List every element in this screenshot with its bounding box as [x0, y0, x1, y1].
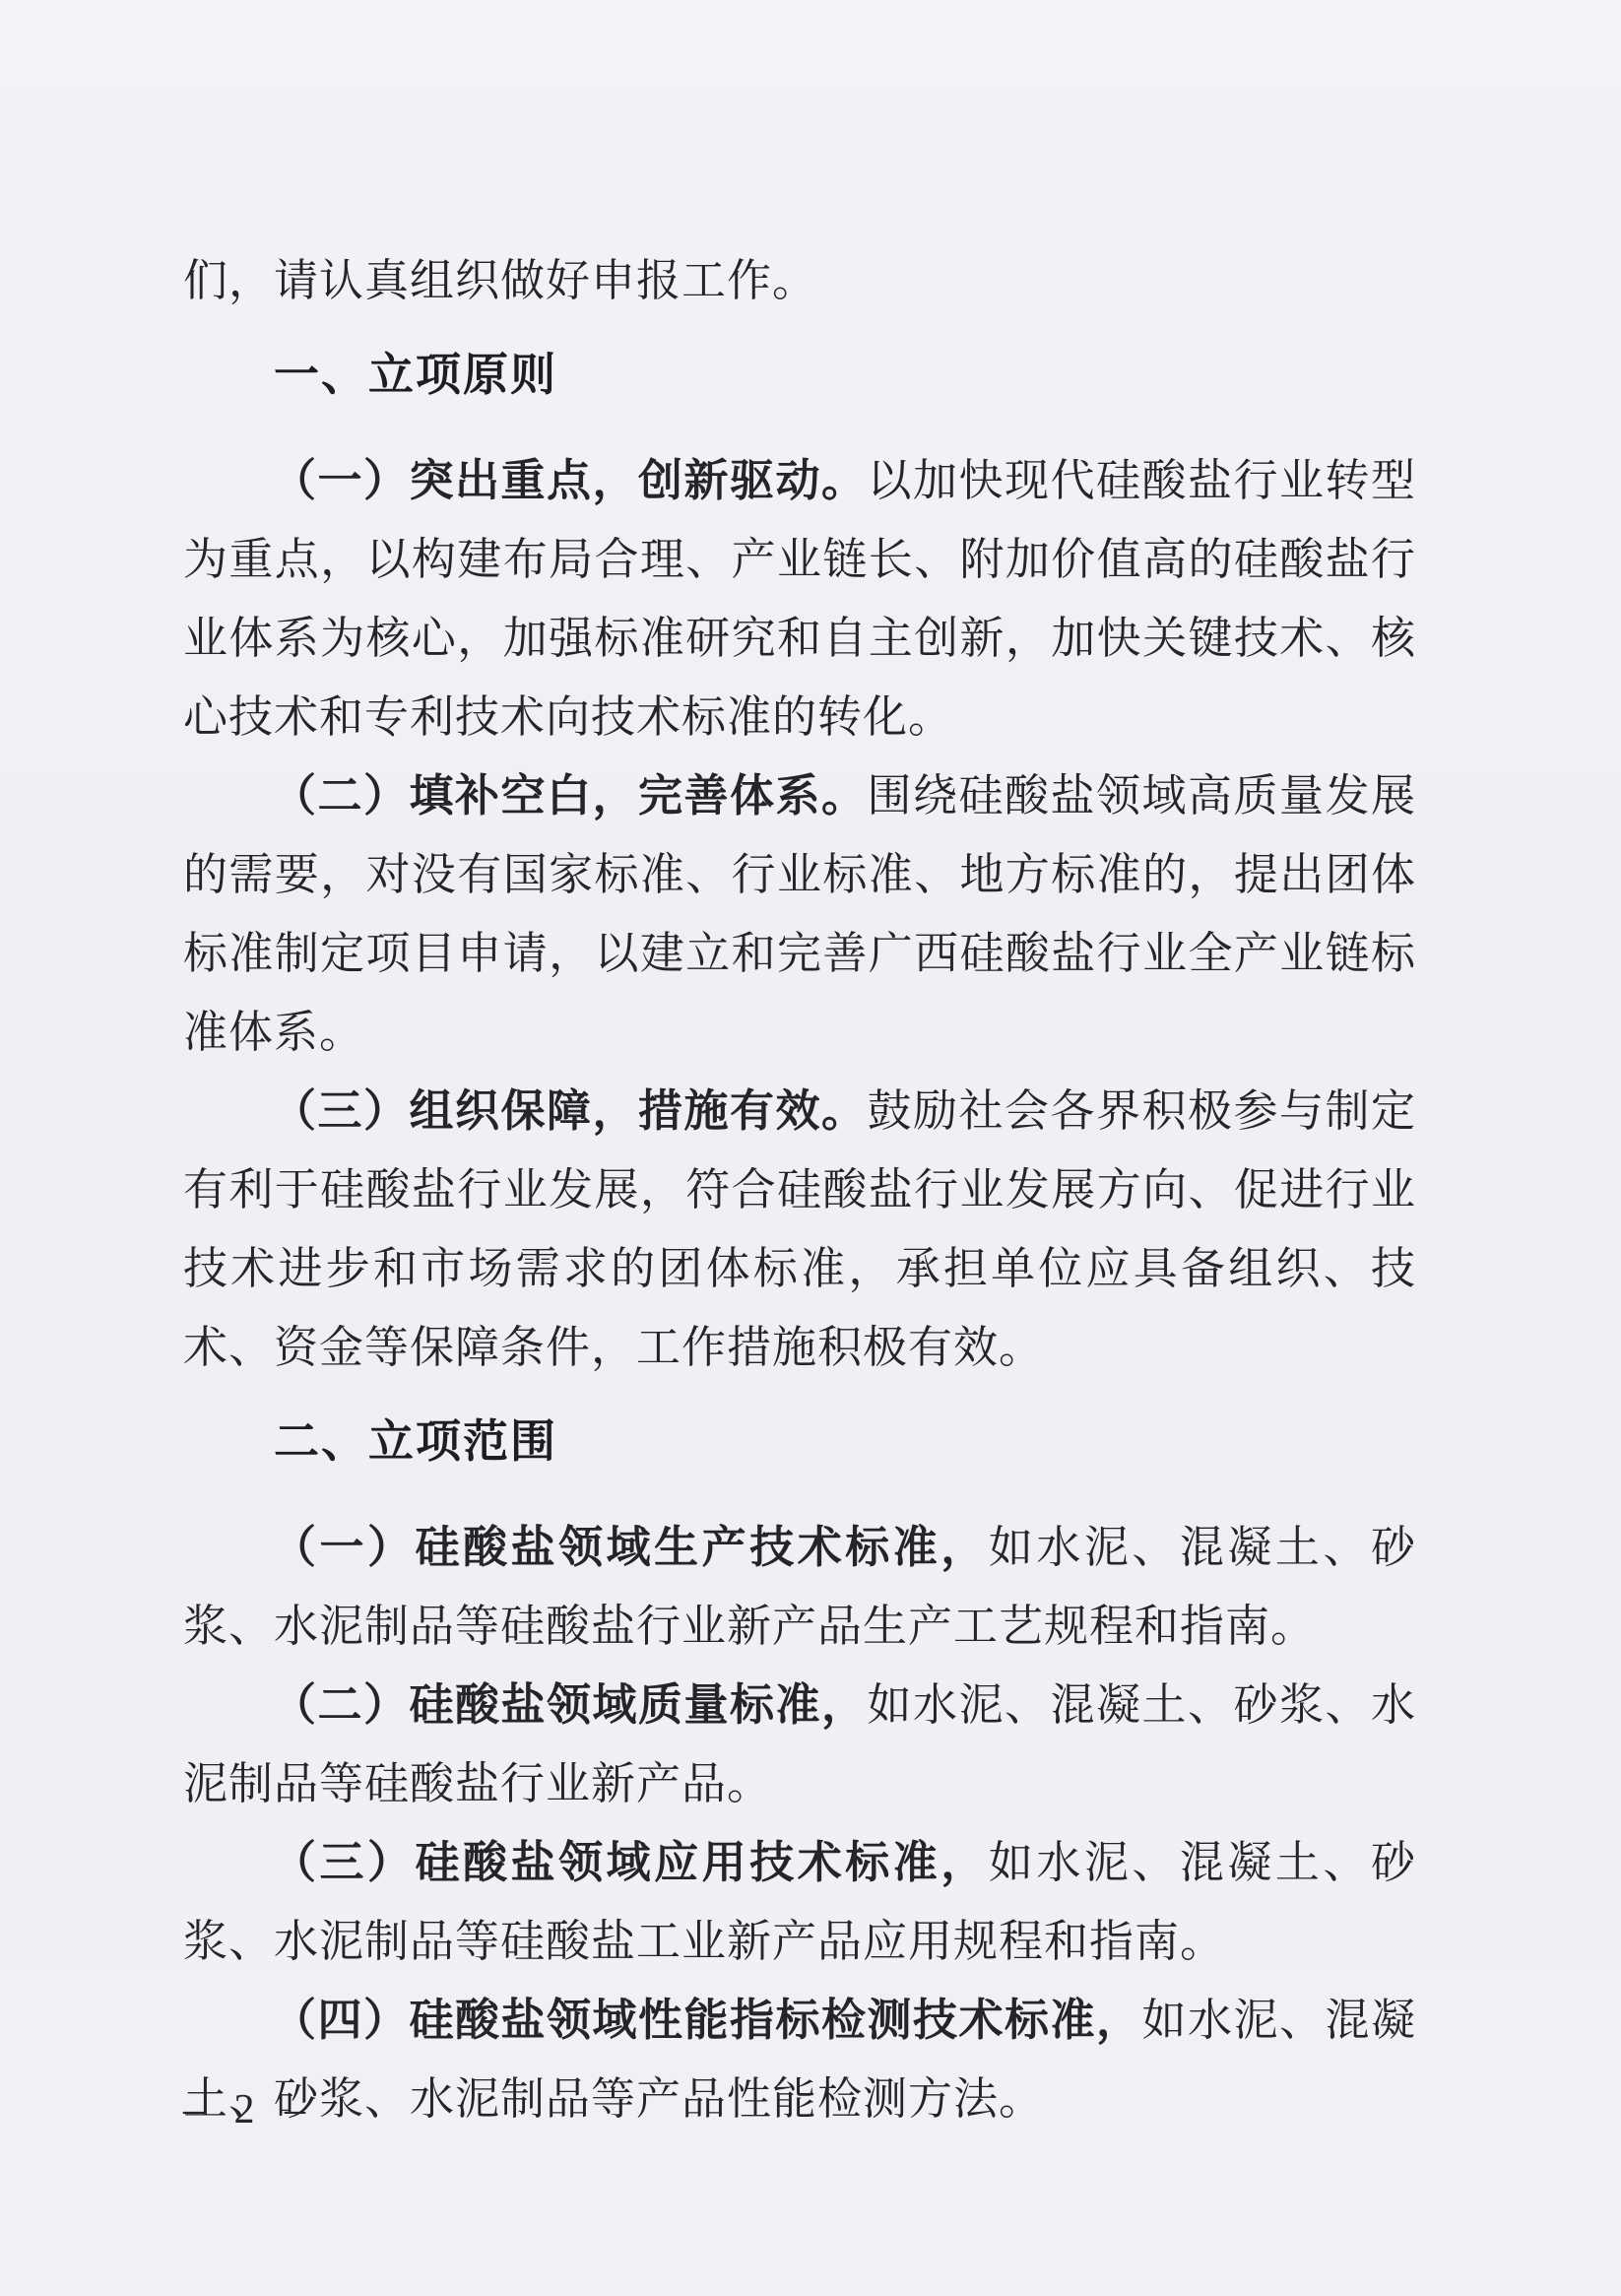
paragraph: （三）组织保障，措施有效。鼓励社会各界积极参与制定有利于硅酸盐行业发展，符合硅酸…	[183, 1072, 1416, 1387]
paragraph-lead: （二）填补空白，完善体系。	[272, 771, 867, 820]
section-heading-2: 二、立项范围	[183, 1402, 1416, 1480]
paragraph: （二）填补空白，完善体系。围绕硅酸盐领域高质量发展的需要，对没有国家标准、行业标…	[183, 756, 1416, 1072]
intro-line: 们，请认真组织做好申报工作。	[183, 241, 1416, 320]
paragraph-lead: （一）硅酸盐领域生产技术标准，	[272, 1523, 989, 1572]
paragraph-lead: （三）组织保障，措施有效。	[272, 1086, 867, 1136]
paragraph: （二）硅酸盐领域质量标准，如水泥、混凝土、砂浆、水泥制品等硅酸盐行业新产品。	[183, 1666, 1416, 1823]
section-heading-1: 一、立项原则	[183, 335, 1416, 414]
paragraph: （一）突出重点，创新驱动。以加快现代硅酸盐行业转型为重点，以构建布局合理、产业链…	[183, 441, 1416, 756]
paragraph-lead: （二）硅酸盐领域质量标准，	[272, 1680, 867, 1730]
paragraph-lead: （三）硅酸盐领域应用技术标准，	[272, 1838, 989, 1887]
page-number: – 2 –	[183, 2080, 315, 2139]
paragraph-lead: （一）突出重点，创新驱动。	[272, 456, 867, 505]
paragraph: （四）硅酸盐领域性能指标检测技术标准，如水泥、混凝土、砂浆、水泥制品等产品性能检…	[183, 1981, 1416, 2138]
document-body: 们，请认真组织做好申报工作。 一、立项原则 （一）突出重点，创新驱动。以加快现代…	[183, 241, 1416, 2138]
paragraph: （一）硅酸盐领域生产技术标准，如水泥、混凝土、砂浆、水泥制品等硅酸盐行业新产品生…	[183, 1508, 1416, 1666]
document-page: 们，请认真组织做好申报工作。 一、立项原则 （一）突出重点，创新驱动。以加快现代…	[0, 0, 1621, 2296]
paragraph-lead: （四）硅酸盐领域性能指标检测技术标准，	[272, 1996, 1141, 2045]
paragraph: （三）硅酸盐领域应用技术标准，如水泥、混凝土、砂浆、水泥制品等硅酸盐工业新产品应…	[183, 1823, 1416, 1981]
